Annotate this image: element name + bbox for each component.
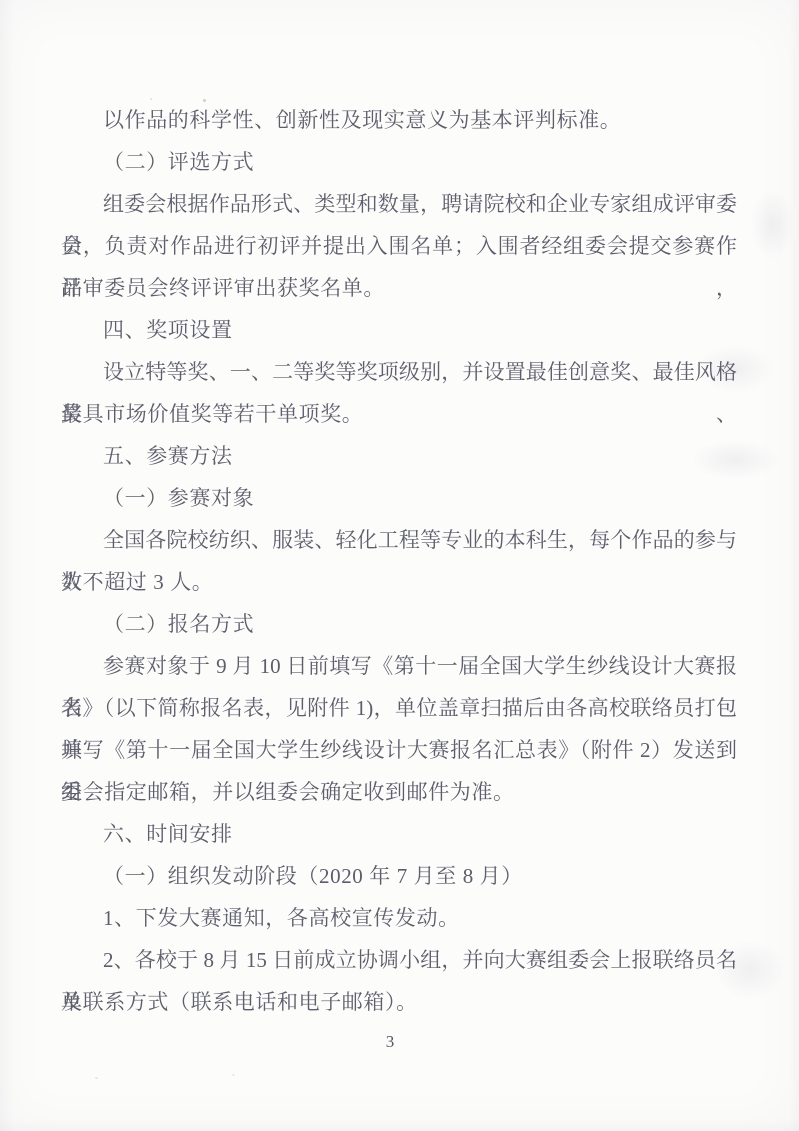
doc-line-section-heading: （二）评选方式	[61, 141, 737, 183]
doc-line-section-heading: 五、参赛方法	[61, 435, 737, 477]
doc-line-section-heading: （一）组织发动阶段（2020 年 7 月至 8 月）	[61, 855, 737, 897]
doc-line: 设立特等奖、一、二等奖等奖项级别，并设置最佳创意奖、最佳风格奖、	[61, 351, 737, 393]
doc-line: 参赛对象于 9 月 10 日前填写《第十一届全国大学生纱线设计大赛报名	[61, 645, 737, 687]
doc-line: 会，负责对作品进行初评并提出入围名单；入围者经组委会提交参赛作品，	[61, 225, 737, 267]
doc-line: 1、下发大赛通知，各高校宣传发动。	[61, 897, 737, 939]
doc-line-section-heading: （一）参赛对象	[61, 477, 737, 519]
scan-speckle	[232, 1074, 235, 1076]
doc-line-section-heading: 四、奖项设置	[61, 309, 737, 351]
doc-line: 委会指定邮箱，并以组委会确定收到邮件为准。	[61, 771, 737, 813]
doc-line: 组委会根据作品形式、类型和数量，聘请院校和企业专家组成评审委员	[61, 183, 737, 225]
doc-line: 2、各校于 8 月 15 日前成立协调小组，并向大赛组委会上报联络员名单	[61, 939, 737, 981]
doc-line-section-heading: 六、时间安排	[61, 813, 737, 855]
scan-speckle	[95, 1077, 98, 1079]
scan-smudge	[750, 190, 795, 260]
doc-line: 数不超过 3 人。	[61, 561, 737, 603]
document-body: 以作品的科学性、创新性及现实意义为基本评判标准。 （二）评选方式 组委会根据作品…	[61, 99, 737, 1023]
scanned-document-page: 以作品的科学性、创新性及现实意义为基本评判标准。 （二）评选方式 组委会根据作品…	[0, 0, 799, 1131]
doc-line: 以作品的科学性、创新性及现实意义为基本评判标准。	[61, 99, 737, 141]
doc-line-section-heading: （二）报名方式	[61, 603, 737, 645]
doc-line: 全国各院校纺织、服装、轻化工程等专业的本科生，每个作品的参与人	[61, 519, 737, 561]
doc-line: 及联系方式（联系电话和电子邮箱）。	[61, 981, 737, 1023]
page-number: 3	[0, 1032, 780, 1052]
doc-line: 表》（以下简称报名表，见附件 1)，单位盖章扫描后由各高校联络员打包并	[61, 687, 737, 729]
doc-line: 填写《第十一届全国大学生纱线设计大赛报名汇总表》（附件 2）发送到组	[61, 729, 737, 771]
